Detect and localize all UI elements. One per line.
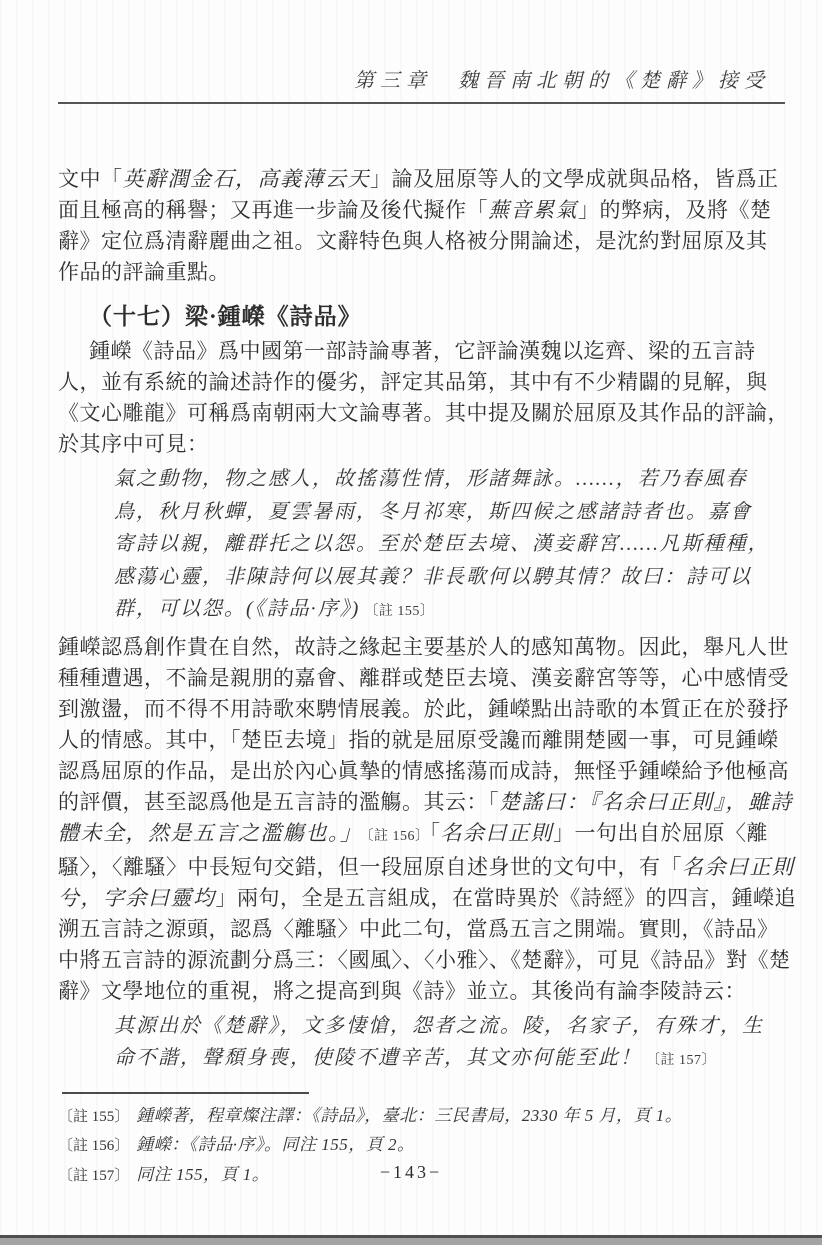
- text-segment: 鍾嶸《詩品》爲中國第一部詩論專著，它評論漢魏以迄齊、梁的五言詩: [89, 339, 756, 363]
- footnote-separator-rule: [62, 1092, 309, 1094]
- text-line: 面且極高的稱譽；又再進一步論及後代擬作「蕪音累氣」的弊病，及將《楚: [58, 195, 772, 226]
- text-line: 人的情感。其中，「楚臣去境」指的就是屈原受讒而離開楚國一事，可見鍾嶸: [58, 725, 772, 756]
- text-blocks: 文中「英辭潤金石，高義薄云天」論及屈原等人的文學成就與品格，皆爲正面且極高的稱譽…: [58, 164, 772, 1078]
- text-segment: 到激盪，而不得不用詩歌來騁情展義。於此，鍾嶸點出詩歌的本質正在於發抒: [58, 697, 789, 721]
- text-line: 溯五言詩之源頭，認爲〈離騷〉中此二句，當爲五言之開端。實則，《詩品》: [58, 914, 772, 945]
- text-segment: 認爲屈原的作品，是出於內心眞摯的情感搖蕩而成詩，無怪乎鍾嶸給予他極高: [58, 759, 789, 783]
- block-quote: 其源出於《楚辭》，文多悽愴，怨者之流。陵，名家子，有殊才，生命不諧，聲頹身喪，使…: [58, 1010, 772, 1078]
- text-segment: 騷〉，〈離騷〉中長短句交錯，但一段屈原自述身世的文句中，有「: [58, 855, 682, 879]
- text-segment: 《文心雕龍》可稱爲南朝兩大文論專著。其中提及關於屈原及其作品的評論，: [58, 401, 789, 425]
- text-line: 作品的評論重點。: [58, 257, 772, 288]
- text-segment: 寄詩以親，離群托之以怨。至於楚臣去境、漢妾辭宮……凡斯種種，: [114, 533, 770, 555]
- text-segment: 溯五言詩之源頭，認爲〈離騷〉中此二句，當爲五言之開端。實則，《詩品》: [58, 917, 779, 941]
- footnote-label: 〔註 156〕: [58, 1138, 129, 1154]
- text-segment: 人的情感。其中，「楚臣去境」指的就是屈原受讒而離開楚國一事，可見鍾嶸: [58, 728, 779, 752]
- text-line: 感蕩心靈，非陳詩何以展其義？非長歌何以騁其情？故曰：詩可以: [114, 561, 772, 594]
- text-segment: 楚謠曰：『名余曰正則』，雖詩: [499, 790, 793, 814]
- text-segment: 兮，字余曰靈均: [58, 886, 216, 910]
- footnote-label: 〔註 155〕: [58, 1109, 129, 1125]
- text-line: 認爲屈原的作品，是出於內心眞摯的情感搖蕩而成詩，無怪乎鍾嶸給予他極高: [58, 756, 772, 787]
- text-line: 群，可以怨。(《詩品·序》)〔註 155〕: [114, 593, 772, 629]
- text-segment: 作品的評論重點。: [58, 260, 230, 284]
- text-segment: 」論及屈原等人的文學成就與品格，皆爲正: [370, 167, 779, 191]
- text-line: 兮，字余曰靈均」兩句，全是五言組成，在當時異於《詩經》的四言，鍾嶸追: [58, 883, 772, 914]
- text-segment: 命不諧，聲頹身喪，使陵不遭辛苦，其文亦何能至此！: [114, 1047, 642, 1069]
- text-line: 體未全，然是五言之濫觴也。」〔註 156〕「名余曰正則」一句出自於屈原〈離: [58, 818, 772, 852]
- text-line: 命不諧，聲頹身喪，使陵不遭辛苦，其文亦何能至此！〔註 157〕: [114, 1042, 772, 1078]
- text-line: 《文心雕龍》可稱爲南朝兩大文論專著。其中提及關於屈原及其作品的評論，: [58, 398, 772, 429]
- text-line: 辭》文學地位的重視，將之提高到與《詩》並立。其後尚有論李陵詩云：: [58, 976, 772, 1007]
- text-line: 於其序中可見：: [58, 429, 772, 460]
- text-segment: 面且極高的稱譽；又再進一步論及後代擬作「: [58, 198, 488, 222]
- text-segment: 的評價，甚至認爲他是五言詩的濫觴。其云：「: [58, 790, 499, 814]
- footnote: 〔註 156〕鍾嶸：《詩品·序》。同注 155，頁 2。: [58, 1131, 772, 1161]
- text-segment: 」兩句，全是五言組成，在當時異於《詩經》的四言，鍾嶸追: [216, 886, 797, 910]
- text-segment: 於其序中可見：: [58, 432, 209, 456]
- text-segment: 鍾嶸認爲創作貴在自然，故詩之緣起主要基於人的感知萬物。因此，舉凡人世: [58, 635, 789, 659]
- text-line: 鍾嶸認爲創作貴在自然，故詩之緣起主要基於人的感知萬物。因此，舉凡人世: [58, 632, 772, 663]
- text-segment: 人，並有系統的論述詩作的優劣，評定其品第，其中有不少精闢的見解，與: [58, 370, 768, 394]
- scan-edge-artifact: [0, 1235, 822, 1245]
- header-rule: [58, 102, 785, 104]
- text-line: 中將五言詩的源流劃分爲三：〈國風〉、〈小雅〉、《楚辭》，可見《詩品》對《楚: [58, 945, 772, 976]
- text-segment: 體未全，然是五言之濫觴也。」: [58, 821, 363, 845]
- text-line: 辭》定位爲清辭麗曲之祖。文辭特色與人格被分開論述，是沈約對屈原及其: [58, 226, 772, 257]
- body-paragraph: 鍾嶸《詩品》爲中國第一部詩論專著，它評論漢魏以迄齊、梁的五言詩人，並有系統的論述…: [58, 336, 772, 460]
- text-line: 的評價，甚至認爲他是五言詩的濫觴。其云：「楚謠曰：『名余曰正則』，雖詩: [58, 787, 772, 818]
- text-segment: 英辭潤金石，高義薄云天: [123, 167, 371, 191]
- page-body: 文中「英辭潤金石，高義薄云天」論及屈原等人的文學成就與品格，皆爲正面且極高的稱譽…: [58, 164, 772, 1190]
- footnote-marker: 〔註 156〕: [367, 829, 430, 844]
- text-segment: 感蕩心靈，非陳詩何以展其義？非長歌何以騁其情？故曰：詩可以: [114, 566, 752, 588]
- block-quote: 氣之動物，物之感人，故搖蕩性情，形諸舞詠。……，若乃春風春鳥，秋月秋蟬，夏雲暑雨…: [58, 463, 772, 629]
- text-line: 到激盪，而不得不用詩歌來騁情展義。於此，鍾嶸點出詩歌的本質正在於發抒: [58, 694, 772, 725]
- text-line: 鳥，秋月秋蟬，夏雲暑雨，冬月祁寒，斯四候之感諸詩者也。嘉會: [114, 496, 772, 529]
- text-segment: 氣之動物，物之感人，故搖蕩性情，形諸舞詠。……，若乃春風春: [114, 468, 748, 490]
- text-segment: 種種遭遇，不論是親朋的嘉會、離群或楚臣去境、漢妾辭宮等等，心中感情受: [58, 666, 789, 690]
- text-line: 〔註 156〕鍾嶸：《詩品·序》。同注 155，頁 2。: [58, 1131, 772, 1161]
- text-segment: 中將五言詩的源流劃分爲三：〈國風〉、〈小雅〉、《楚辭》，可見《詩品》對《楚: [58, 948, 791, 972]
- text-line: 文中「英辭潤金石，高義薄云天」論及屈原等人的文學成就與品格，皆爲正: [58, 164, 772, 195]
- running-header-chapter-title: 第三章 魏晉南北朝的《楚辭》接受: [58, 64, 770, 93]
- footnote-marker: 〔註 155〕: [364, 604, 434, 619]
- text-segment: 群，可以怨。(《詩品·序》): [114, 598, 360, 620]
- footnote-marker: 〔註 157〕: [646, 1053, 716, 1068]
- section-heading: （十七）梁·鍾嶸《詩品》: [58, 298, 772, 336]
- text-segment: 辭》文學地位的重視，將之提高到與《詩》並立。其後尚有論李陵詩云：: [58, 979, 746, 1003]
- text-segment: 鍾嶸著，程章燦注譯：《詩品》，臺北：三民書局，2330 年 5 月，頁 1。: [136, 1106, 682, 1125]
- text-segment: 名余曰正則: [682, 855, 795, 879]
- footnote: 〔註 155〕鍾嶸著，程章燦注譯：《詩品》，臺北：三民書局，2330 年 5 月…: [58, 1102, 772, 1132]
- text-segment: 鳥，秋月秋蟬，夏雲暑雨，冬月祁寒，斯四候之感諸詩者也。嘉會: [114, 501, 752, 523]
- text-segment: 名余曰正則: [441, 821, 554, 845]
- text-line: 其源出於《楚辭》，文多悽愴，怨者之流。陵，名家子，有殊才，生: [114, 1010, 772, 1043]
- text-line: 〔註 155〕鍾嶸著，程章燦注譯：《詩品》，臺北：三民書局，2330 年 5 月…: [58, 1102, 772, 1132]
- text-line: （十七）梁·鍾嶸《詩品》: [58, 298, 772, 336]
- text-segment: 蕪音累氣: [488, 198, 578, 222]
- text-line: 鍾嶸《詩品》爲中國第一部詩論專著，它評論漢魏以迄齊、梁的五言詩: [58, 336, 772, 367]
- text-line: 氣之動物，物之感人，故搖蕩性情，形諸舞詠。……，若乃春風春: [114, 463, 772, 496]
- text-segment: 」的弊病，及將《楚: [578, 198, 772, 222]
- text-segment: 文中「: [58, 167, 123, 191]
- text-line: 種種遭遇，不論是親朋的嘉會、離群或楚臣去境、漢妾辭宮等等，心中感情受: [58, 663, 772, 694]
- text-segment: 辭》定位爲清辭麗曲之祖。文辭特色與人格被分開論述，是沈約對屈原及其: [58, 229, 768, 253]
- body-paragraph: 鍾嶸認爲創作貴在自然，故詩之緣起主要基於人的感知萬物。因此，舉凡人世種種遭遇，不…: [58, 632, 772, 1007]
- body-paragraph: 文中「英辭潤金石，高義薄云天」論及屈原等人的文學成就與品格，皆爲正面且極高的稱譽…: [58, 164, 772, 288]
- text-line: 寄詩以親，離群托之以怨。至於楚臣去境、漢妾辭宮……凡斯種種，: [114, 528, 772, 561]
- text-segment: 「: [430, 821, 441, 845]
- scanned-book-page: 第三章 魏晉南北朝的《楚辭》接受 文中「英辭潤金石，高義薄云天」論及屈原等人的文…: [0, 0, 822, 1245]
- text-segment: 」一句出自於屈原〈離: [553, 821, 768, 845]
- page-number: −143−: [0, 1162, 822, 1183]
- text-segment: 其源出於《楚辭》，文多悽愴，怨者之流。陵，名家子，有殊才，生: [114, 1015, 764, 1037]
- text-segment: （十七）梁·鍾嶸《詩品》: [89, 304, 362, 329]
- text-line: 人，並有系統的論述詩作的優劣，評定其品第，其中有不少精闢的見解，與: [58, 367, 772, 398]
- text-segment: 鍾嶸：《詩品·序》。同注 155，頁 2。: [136, 1135, 414, 1154]
- text-line: 騷〉，〈離騷〉中長短句交錯，但一段屈原自述身世的文句中，有「名余曰正則: [58, 852, 772, 883]
